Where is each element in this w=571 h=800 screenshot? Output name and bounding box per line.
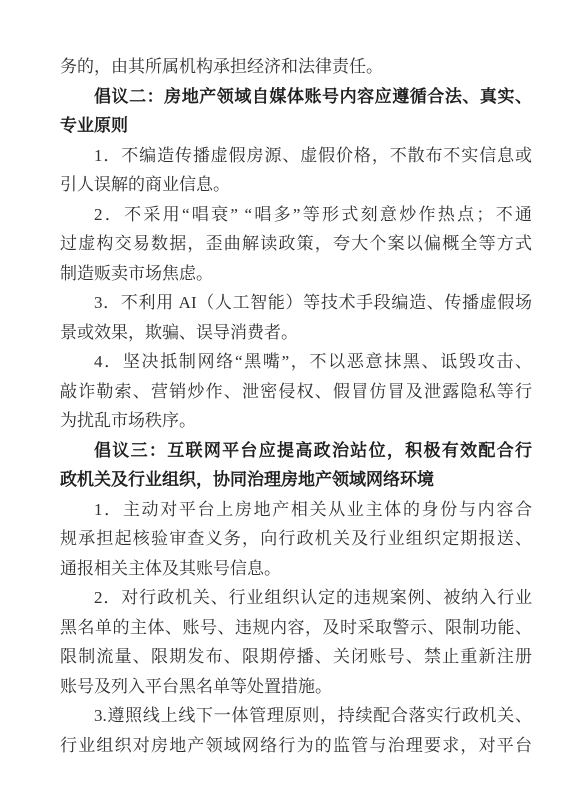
text-line: 制造贩卖市场焦虑。 [60,259,532,289]
heading-line: 政机关及行业组织，协同治理房地产领域网络环境 [60,465,532,495]
text-line: 4．坚决抵制网络“黑嘴”，不以恶意抹黑、诋毁攻击、 [60,347,532,377]
document-text-block: 务的，由其所属机构承担经济和法律责任。 倡议二：房地产领域自媒体账号内容应遵循合… [60,52,532,760]
text-line: 行业组织对房地产领域网络行为的监管与治理要求，对平台 [60,731,532,761]
text-line: 黑名单的主体、账号、违规内容，及时采取警示、限制功能、 [60,613,532,643]
heading-line: 专业原则 [60,111,532,141]
text-line: 规承担起核验审查义务，向行政机关及行业组织定期报送、 [60,524,532,554]
text-line: 1．不编造传播虚假房源、虚假价格，不散布不实信息或 [60,141,532,171]
text-line: 限制流量、限期发布、限期停播、关闭账号、禁止重新注册 [60,642,532,672]
heading-line: 倡议二：房地产领域自媒体账号内容应遵循合法、真实、 [60,82,532,112]
text-line: 3.遵照线上线下一体管理原则，持续配合落实行政机关、 [60,701,532,731]
text-line: 引人误解的商业信息。 [60,170,532,200]
text-line: 账号及列入平台黑名单等处置措施。 [60,672,532,702]
text-line: 2．不采用“唱衰” “唱多”等形式刻意炒作热点；不通 [60,200,532,230]
text-line: 敲诈勒索、营销炒作、泄密侵权、假冒仿冒及泄露隐私等行 [60,377,532,407]
text-line: 过虚构交易数据，歪曲解读政策，夸大个案以偏概全等方式 [60,229,532,259]
text-line: 景或效果，欺骗、误导消费者。 [60,318,532,348]
heading-line: 倡议三：互联网平台应提高政治站位，积极有效配合行 [60,436,532,466]
text-line: 2．对行政机关、行业组织认定的违规案例、被纳入行业 [60,583,532,613]
text-line: 务的，由其所属机构承担经济和法律责任。 [60,52,532,82]
text-line: 通报相关主体及其账号信息。 [60,554,532,584]
document-page: 务的，由其所属机构承担经济和法律责任。 倡议二：房地产领域自媒体账号内容应遵循合… [0,0,571,800]
text-line: 1．主动对平台上房地产相关从业主体的身份与内容合 [60,495,532,525]
text-line: 3．不利用 AI（人工智能）等技术手段编造、传播虚假场 [60,288,532,318]
text-line: 为扰乱市场秩序。 [60,406,532,436]
